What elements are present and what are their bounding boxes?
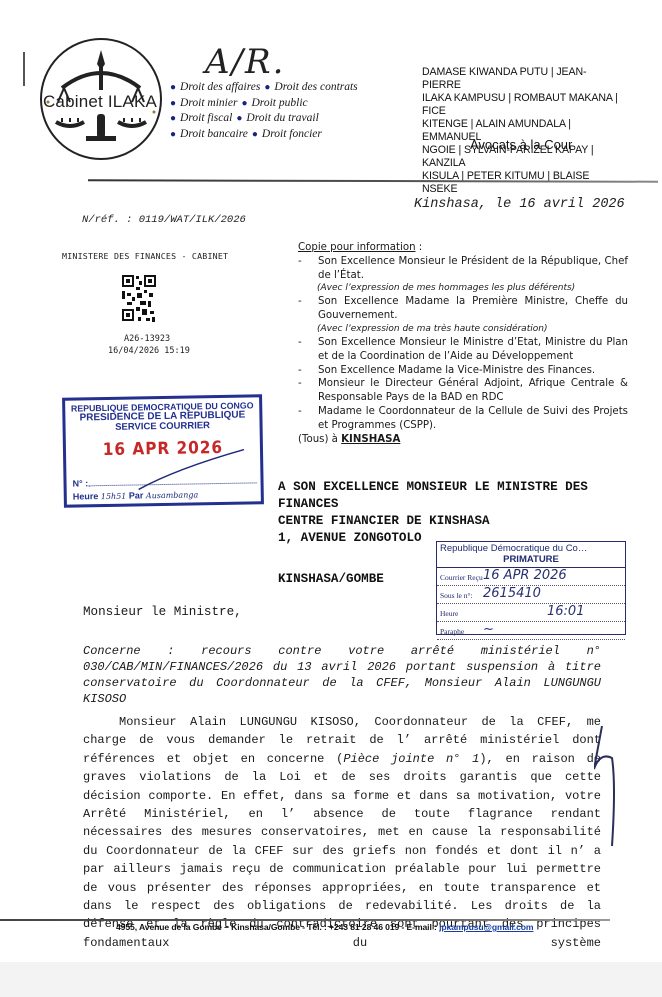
courtesy-note: (Avec l’expression de ma très haute cons… — [317, 323, 628, 336]
signature-stroke-icon — [136, 448, 247, 492]
practice-area: Droit public — [252, 97, 308, 109]
handwritten-margin-mark-icon — [594, 724, 634, 849]
receipt-code: A26-13923 — [124, 334, 170, 344]
practice-area: Droit bancaire — [180, 128, 248, 140]
primature-receipt-stamp: Republique Démocratique du Co… PRIMATURE… — [436, 541, 626, 635]
practice-area: Droit du travail — [246, 112, 318, 124]
practice-areas: ●Droit des affaires●Droit des contrats●D… — [170, 80, 362, 142]
email-link[interactable]: jpkampusu@gmail.com — [439, 922, 533, 932]
practice-area: Droit des contrats — [274, 81, 357, 93]
courtesy-note: (Avec l’expression de mes hommages les p… — [317, 282, 628, 295]
copy-recipient: Son Excellence Madame la Première Minist… — [298, 295, 628, 336]
bullet-icon: ● — [252, 129, 258, 140]
reference-number: N/réf. : 0119/WAT/ILK/2026 — [82, 214, 246, 226]
copy-list-heading: Copie pour information : — [298, 241, 628, 255]
lawyers-title: Avocats à la Cour — [470, 137, 572, 152]
addressee-line: A SON EXCELLENCE MONSIEUR LE MINISTRE DE… — [278, 479, 588, 496]
handwritten-annotation: A/R. — [205, 42, 285, 82]
bullet-icon: ● — [236, 113, 242, 124]
bullet-icon: ● — [170, 129, 176, 140]
stamp-field: Sous le n°:2615410 — [437, 586, 625, 604]
copy-recipient-list: Son Excellence Monsieur le Président de … — [298, 255, 628, 433]
firm-name: Cabinet ILAKA — [38, 92, 162, 112]
lawyer-names: DAMASE KIWANDA PUTU | JEAN-PIERREILAKA K… — [422, 66, 622, 196]
header-divider — [88, 179, 658, 182]
lawyer-names-line: ILAKA KAMPUSU | ROMBAUT MAKANA | FICE — [422, 92, 622, 118]
copy-recipient: Son Excellence Monsieur le Ministre d’Et… — [298, 336, 628, 364]
presidency-courier-stamp: REPUBLIQUE DEMOCRATIQUE DU CONGO PRESIDE… — [62, 394, 264, 507]
lawyer-names-line: DAMASE KIWANDA PUTU | JEAN-PIERRE — [422, 66, 622, 92]
lawyer-names-line: KISULA | PETER KITUMU | BLAISE NSEKE — [422, 170, 622, 196]
stamp-field: Paraphe~ — [437, 622, 625, 640]
practice-area-row: ●Droit fiscal●Droit du travail — [170, 111, 362, 127]
bullet-icon: ● — [170, 113, 176, 124]
subject-line: Concerne : recours contre votre arrêté m… — [83, 643, 601, 707]
margin-pen-mark — [23, 52, 25, 86]
stamp-field: Heure16:01 — [437, 604, 625, 622]
bullet-icon: ● — [264, 82, 270, 93]
addressee-city: KINSHASA/GOMBE — [278, 572, 384, 586]
copy-list-footer: (Tous) à KINSHASA — [298, 433, 628, 447]
page-bottom-margin — [0, 962, 662, 997]
bullet-icon: ● — [170, 82, 176, 93]
practice-area: Droit foncier — [262, 128, 322, 140]
practice-area: Droit fiscal — [180, 112, 232, 124]
addressee-line: FINANCES — [278, 496, 588, 513]
receipt-timestamp: 16/04/2026 15:19 — [108, 346, 190, 356]
letter-date: Kinshasa, le 16 avril 2026 — [414, 197, 625, 212]
bullet-icon: ● — [170, 98, 176, 109]
practice-area-row: ●Droit des affaires●Droit des contrats — [170, 80, 362, 96]
stamp-field: Courrier Reçu16 APR 2026 — [437, 568, 625, 586]
copy-recipient: Son Excellence Monsieur le Président de … — [298, 255, 628, 296]
practice-area-row: ●Droit minier●Droit public — [170, 96, 362, 112]
copy-recipient: Madame le Coordonnateur de la Cellule de… — [298, 405, 628, 433]
addressee-block: A SON EXCELLENCE MONSIEUR LE MINISTRE DE… — [278, 479, 588, 547]
practice-area: Droit minier — [180, 97, 237, 109]
ministry-receipt-header: MINISTERE DES FINANCES - CABINET — [62, 251, 228, 261]
copy-recipient: Monsieur le Directeur Général Adjoint, A… — [298, 377, 628, 405]
addressee-line: CENTRE FINANCIER DE KINSHASA — [278, 513, 588, 530]
letter-body: Monsieur Alain LUNGUNGU KISOSO, Coordonn… — [83, 713, 601, 952]
footer-divider — [0, 919, 610, 921]
copy-recipient: Son Excellence Madame la Vice-Ministre d… — [298, 364, 628, 378]
body-paragraph: Monsieur Alain LUNGUNGU KISOSO, Coordonn… — [83, 713, 601, 952]
practice-area-row: ●Droit bancaire●Droit foncier — [170, 127, 362, 143]
salutation: Monsieur le Ministre, — [83, 605, 242, 619]
bullet-icon: ● — [241, 98, 247, 109]
footer-contact: 4955, Avenue de la Gombe – Kinshasa/Gomb… — [116, 922, 533, 932]
qr-code-icon — [122, 275, 156, 325]
practice-area: Droit des affaires — [180, 81, 260, 93]
copy-for-information: Copie pour information : Son Excellence … — [298, 241, 628, 446]
